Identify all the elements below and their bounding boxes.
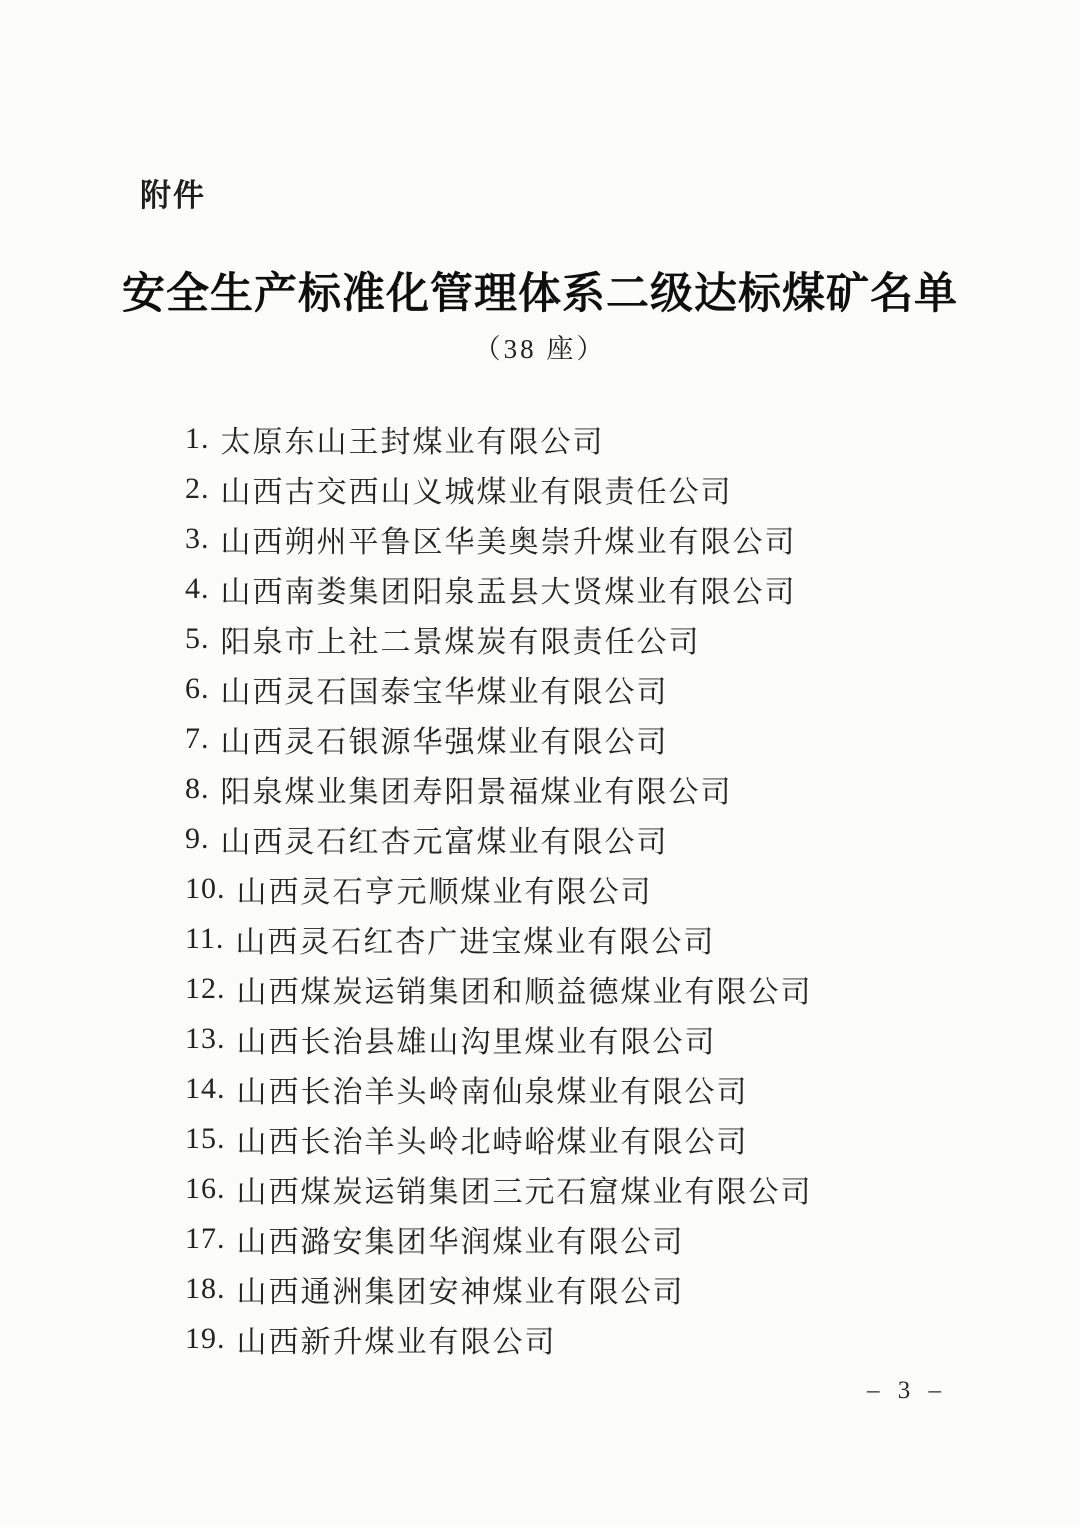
- list-item-number: 5.: [185, 622, 210, 656]
- list-item-name: 山西灵石亨元顺煤业有限公司: [237, 867, 653, 911]
- list-item: 7.山西灵石银源华强煤业有限公司: [185, 714, 990, 764]
- list-item-name: 阳泉市上社二景煤炭有限责任公司: [221, 617, 701, 661]
- list-item-number: 9.: [185, 822, 210, 856]
- list-item-name: 山西长治羊头岭北峙峪煤业有限公司: [237, 1117, 749, 1161]
- list-item-number: 10.: [185, 872, 226, 906]
- page-number: – 3 –: [867, 1377, 947, 1405]
- list-item: 8.阳泉煤业集团寿阳景福煤业有限公司: [185, 764, 990, 814]
- list-item-name: 山西新升煤业有限公司: [237, 1317, 557, 1361]
- list-item: 9.山西灵石红杏元富煤业有限公司: [185, 814, 990, 864]
- list-item-number: 8.: [185, 772, 210, 806]
- list-item-number: 6.: [185, 672, 210, 706]
- list-item-name: 山西通洲集团安神煤业有限公司: [237, 1267, 685, 1311]
- list-item-name: 山西灵石红杏元富煤业有限公司: [221, 817, 669, 861]
- list-item-name: 山西灵石国泰宝华煤业有限公司: [221, 667, 669, 711]
- list-item-name: 阳泉煤业集团寿阳景福煤业有限公司: [221, 767, 733, 811]
- list-item-number: 19.: [185, 1322, 226, 1356]
- mine-list: 1.太原东山王封煤业有限公司2.山西古交西山义城煤业有限责任公司3.山西朔州平鲁…: [185, 414, 990, 1364]
- list-item: 2.山西古交西山义城煤业有限责任公司: [185, 464, 990, 514]
- list-item-name: 山西南娄集团阳泉盂县大贤煤业有限公司: [221, 567, 797, 611]
- list-item-name: 山西长治羊头岭南仙泉煤业有限公司: [237, 1067, 749, 1111]
- list-item: 1.太原东山王封煤业有限公司: [185, 414, 990, 464]
- list-item-name: 太原东山王封煤业有限公司: [221, 417, 605, 461]
- list-item: 3.山西朔州平鲁区华美奥崇升煤业有限公司: [185, 514, 990, 564]
- document-subtitle: （38 座）: [0, 327, 1080, 366]
- list-item-number: 13.: [185, 1022, 226, 1056]
- list-item: 14.山西长治羊头岭南仙泉煤业有限公司: [185, 1064, 990, 1114]
- list-item-name: 山西煤炭运销集团和顺益德煤业有限公司: [237, 967, 813, 1011]
- list-item-name: 山西灵石红杏广进宝煤业有限公司: [235, 917, 715, 961]
- list-item: 19.山西新升煤业有限公司: [185, 1314, 990, 1364]
- list-item-name: 山西煤炭运销集团三元石窟煤业有限公司: [237, 1167, 813, 1211]
- document-page: 附件 安全生产标准化管理体系二级达标煤矿名单 （38 座） 1.太原东山王封煤业…: [0, 0, 1080, 1527]
- list-item-number: 17.: [185, 1222, 226, 1256]
- document-title: 安全生产标准化管理体系二级达标煤矿名单: [0, 260, 1080, 321]
- list-item-name: 山西古交西山义城煤业有限责任公司: [221, 467, 733, 511]
- list-item: 10.山西灵石亨元顺煤业有限公司: [185, 864, 990, 914]
- list-item: 11.山西灵石红杏广进宝煤业有限公司: [185, 914, 990, 964]
- list-item-number: 16.: [185, 1172, 226, 1206]
- list-item-number: 12.: [185, 972, 226, 1006]
- list-item-number: 1.: [185, 422, 210, 456]
- list-item: 5.阳泉市上社二景煤炭有限责任公司: [185, 614, 990, 664]
- list-item-number: 3.: [185, 522, 210, 556]
- list-item-number: 18.: [185, 1272, 226, 1306]
- list-item-name: 山西长治县雄山沟里煤业有限公司: [237, 1017, 717, 1061]
- list-item-number: 15.: [185, 1122, 226, 1156]
- list-item: 16.山西煤炭运销集团三元石窟煤业有限公司: [185, 1164, 990, 1214]
- list-item: 17.山西潞安集团华润煤业有限公司: [185, 1214, 990, 1264]
- list-item-number: 14.: [185, 1072, 226, 1106]
- list-item: 4.山西南娄集团阳泉盂县大贤煤业有限公司: [185, 564, 990, 614]
- list-item-number: 4.: [185, 572, 210, 606]
- list-item-number: 7.: [185, 722, 210, 756]
- list-item: 18.山西通洲集团安神煤业有限公司: [185, 1264, 990, 1314]
- list-item-name: 山西潞安集团华润煤业有限公司: [237, 1217, 685, 1261]
- list-item-name: 山西朔州平鲁区华美奥崇升煤业有限公司: [221, 517, 797, 561]
- list-item: 6.山西灵石国泰宝华煤业有限公司: [185, 664, 990, 714]
- list-item: 12.山西煤炭运销集团和顺益德煤业有限公司: [185, 964, 990, 1014]
- attachment-label: 附件: [140, 170, 206, 215]
- list-item-name: 山西灵石银源华强煤业有限公司: [221, 717, 669, 761]
- list-item: 13.山西长治县雄山沟里煤业有限公司: [185, 1014, 990, 1064]
- list-item-number: 2.: [185, 472, 210, 506]
- list-item: 15.山西长治羊头岭北峙峪煤业有限公司: [185, 1114, 990, 1164]
- list-item-number: 11.: [185, 922, 224, 956]
